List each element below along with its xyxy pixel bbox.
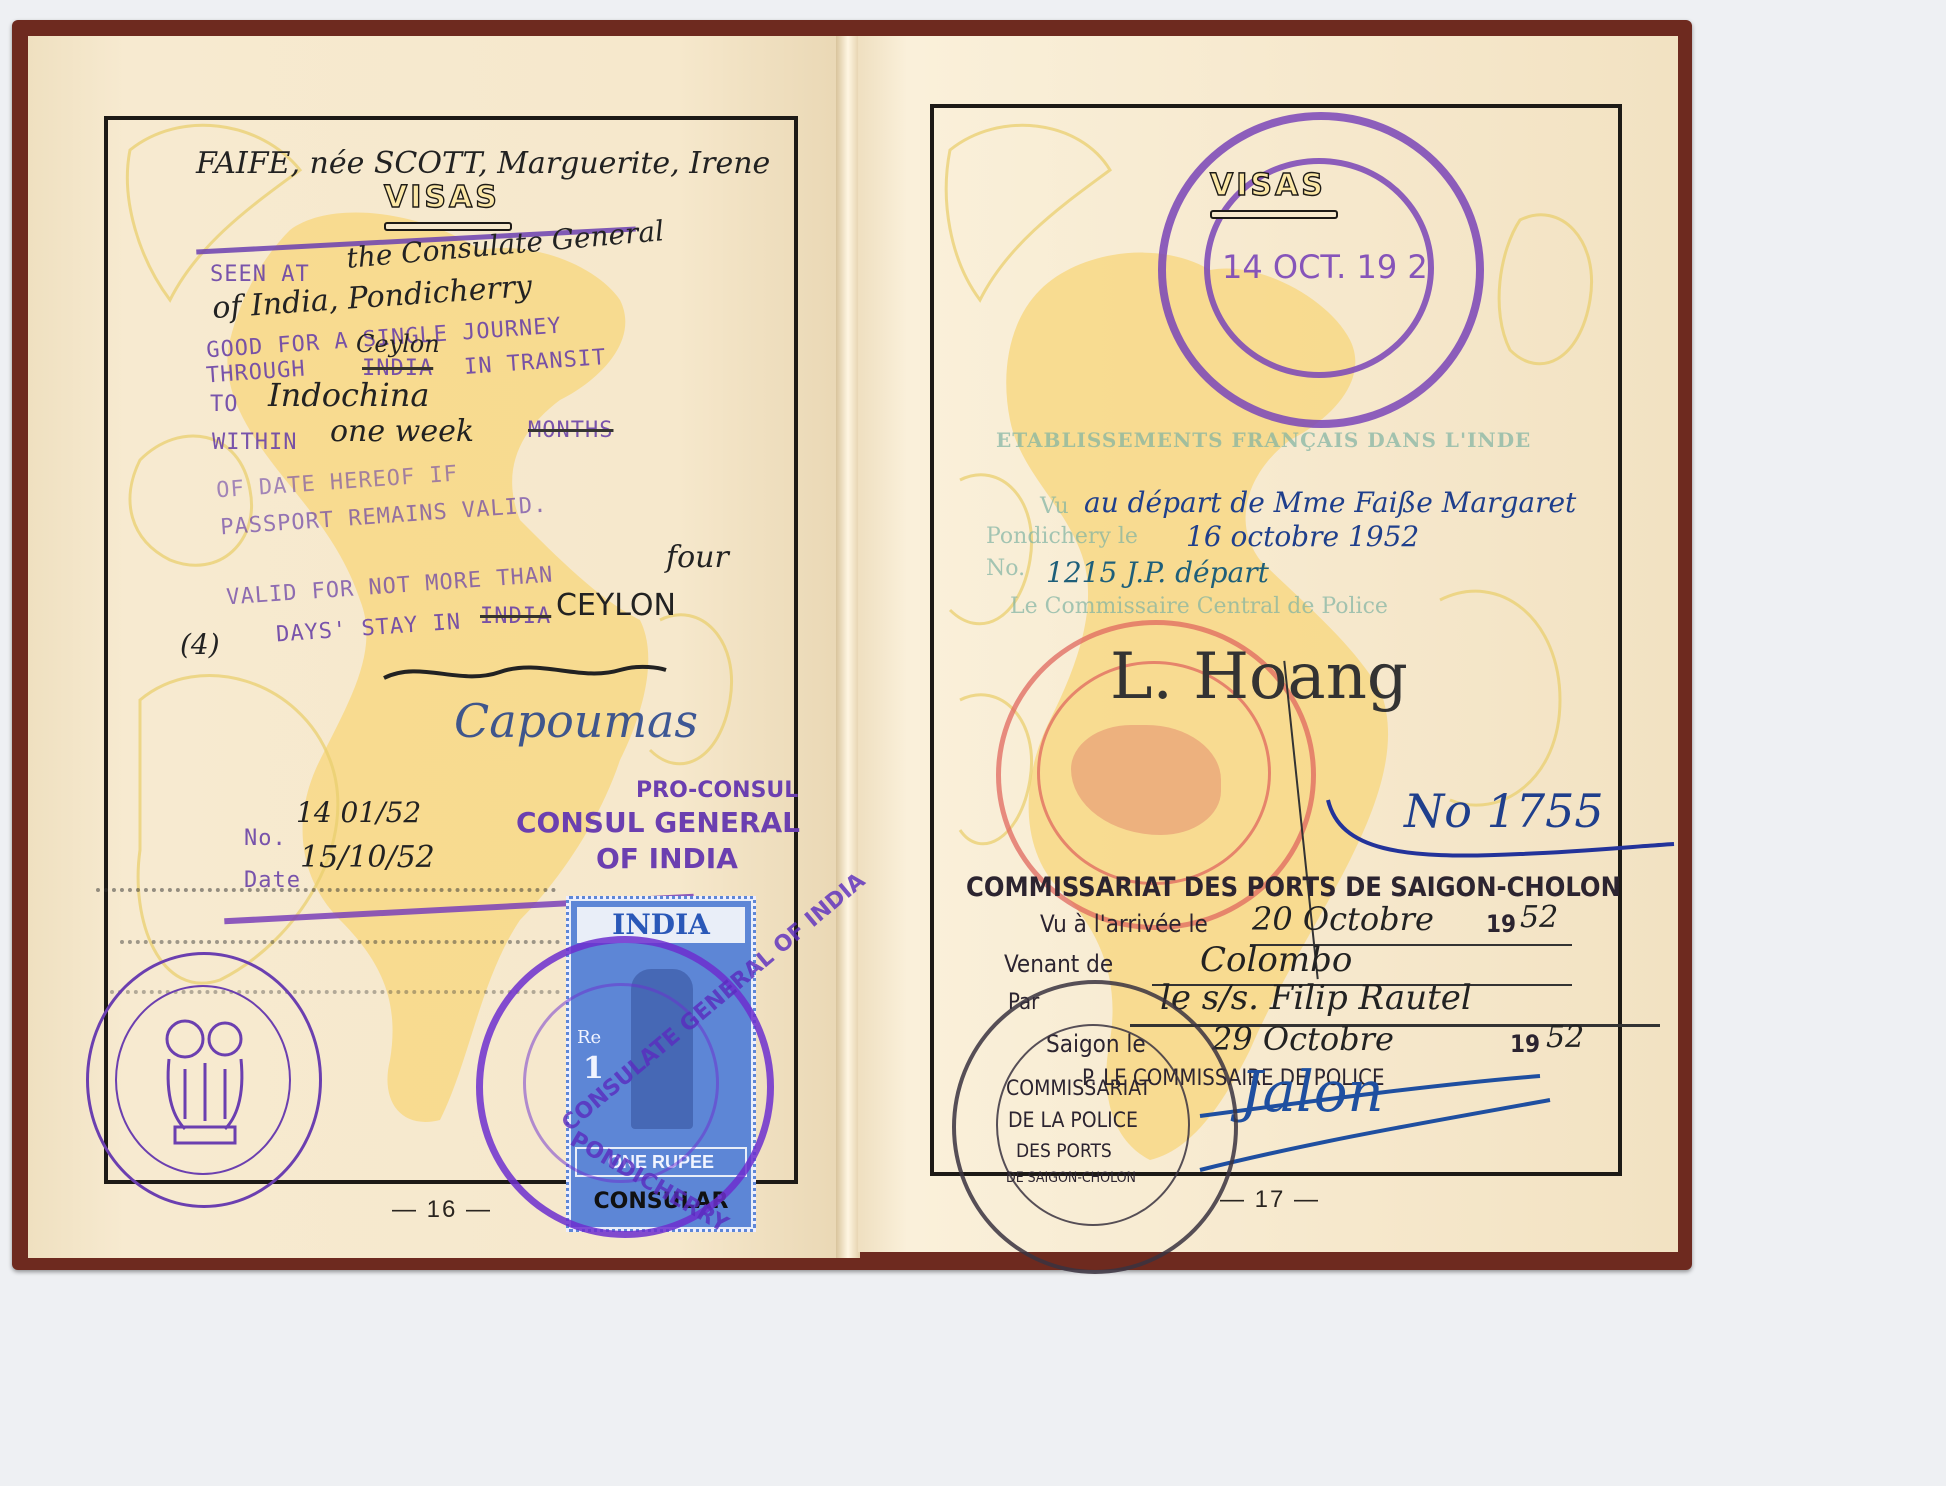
depart-line-2: 16 octobre 1952 xyxy=(1186,520,1419,553)
page-number-17: — 17 — xyxy=(1220,1186,1320,1214)
consul-general: CONSUL GENERAL xyxy=(516,806,800,839)
signature-hoang: L. Hoang xyxy=(1110,640,1408,714)
round-stamp-line-2: DE LA POLICE xyxy=(1008,1108,1138,1132)
arrival-hand: 20 Octobre xyxy=(1252,900,1434,938)
through-hand: Ceylon xyxy=(356,330,440,358)
within-hand: one week xyxy=(330,414,474,449)
squiggle-icon xyxy=(380,652,670,692)
ship-hand: le s/s. Filip Rautel xyxy=(1160,978,1472,1018)
arrival-year: 52 xyxy=(1520,900,1558,935)
registration-date: 14 OCT. 19 2 xyxy=(1222,248,1428,286)
valid-for-hand: four xyxy=(666,540,729,575)
depart-line-3: 1215 J.P. départ xyxy=(1046,556,1269,589)
no-hand: 14 01/52 xyxy=(296,796,421,829)
coming-from-hand: Colombo xyxy=(1200,940,1352,980)
pro-consul: PRO-CONSUL xyxy=(636,778,798,803)
faded-heading: ETABLISSEMENTS FRANÇAIS DANS L'INDE xyxy=(996,428,1531,452)
date-hand: 15/10/52 xyxy=(300,840,435,875)
faded-no: No. xyxy=(986,556,1025,581)
holder-name: FAIFE, née SCOTT, Marguerite, Irene xyxy=(196,146,770,181)
port-stamp-title: COMMISSARIAT DES PORTS DE SAIGON-CHOLON xyxy=(966,872,1621,903)
coming-from-label: Venant de xyxy=(1004,950,1113,978)
within-label: WITHIN xyxy=(212,430,297,455)
visas-title-left: VISAS xyxy=(384,180,500,215)
postmark-line xyxy=(120,940,560,944)
faded-pondichery: Pondichery le xyxy=(986,524,1138,549)
arrival-year-prefix: 19 xyxy=(1486,910,1516,938)
faded-vu: Vu xyxy=(1040,494,1069,519)
to-hand: Indochina xyxy=(268,376,429,414)
days-stay-struck: INDIA xyxy=(480,604,551,629)
round-stamp-line-4: DE SAIGON-CHOLON xyxy=(1006,1170,1136,1186)
round-stamp-line-1: COMMISSARIAT xyxy=(1006,1076,1151,1100)
round-stamp-line-3: DES PORTS xyxy=(1016,1140,1112,1162)
postmark-line xyxy=(96,888,556,892)
visas-underline-right xyxy=(1210,210,1338,219)
months-struck: MONTHS xyxy=(528,418,613,443)
consul-signature: Capoumas xyxy=(454,694,698,748)
visas-title-right: VISAS xyxy=(1210,168,1326,203)
lion-capital-icon xyxy=(145,1009,265,1159)
depart-line-1: au départ de Mme Faiße Margaret xyxy=(1084,486,1576,519)
page-number-16: — 16 — xyxy=(392,1196,492,1224)
seen-at-label: SEEN AT xyxy=(210,262,310,287)
days-stay-hand: CEYLON xyxy=(556,588,676,623)
to-label: TO xyxy=(210,392,239,417)
saigon-year-prefix: 19 xyxy=(1510,1030,1540,1058)
underline-stroke-icon xyxy=(1320,790,1680,870)
no-label: No. xyxy=(244,826,287,851)
days-prefix: (4) xyxy=(180,628,220,661)
arrival-label: Vu à l'arrivée le xyxy=(1040,910,1208,938)
of-india: OF INDIA xyxy=(596,842,738,875)
saigon-year: 52 xyxy=(1546,1020,1584,1055)
